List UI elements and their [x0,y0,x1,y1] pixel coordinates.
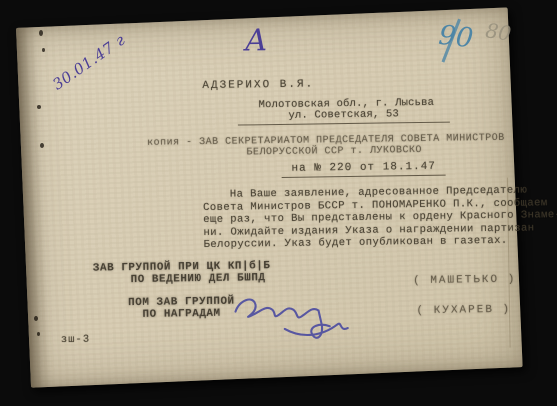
footer-mark: зш-3 [61,334,90,346]
signatory2-name: ( КУХАРЕВ ) [416,304,511,317]
handwritten-signature [229,284,356,353]
handwritten-date-note: 30.01.47 г [49,31,128,94]
photo-background: 30.01.47 г А 90 80 АДЗЕРИХО В.Я. Молотов… [0,0,557,406]
reference-number: на № 220 от 18.1.47 [281,161,446,178]
signatory1-name: ( МАШЕТЬКО ) [413,274,516,287]
handwritten-letter-mark: А [244,23,267,58]
recipient-name: АДЗЕРИХО В.Я. [202,78,314,92]
recipient-address-line2: ул. Советская, 53 [238,108,450,126]
handwritten-number-pencil: 80 [484,18,513,45]
